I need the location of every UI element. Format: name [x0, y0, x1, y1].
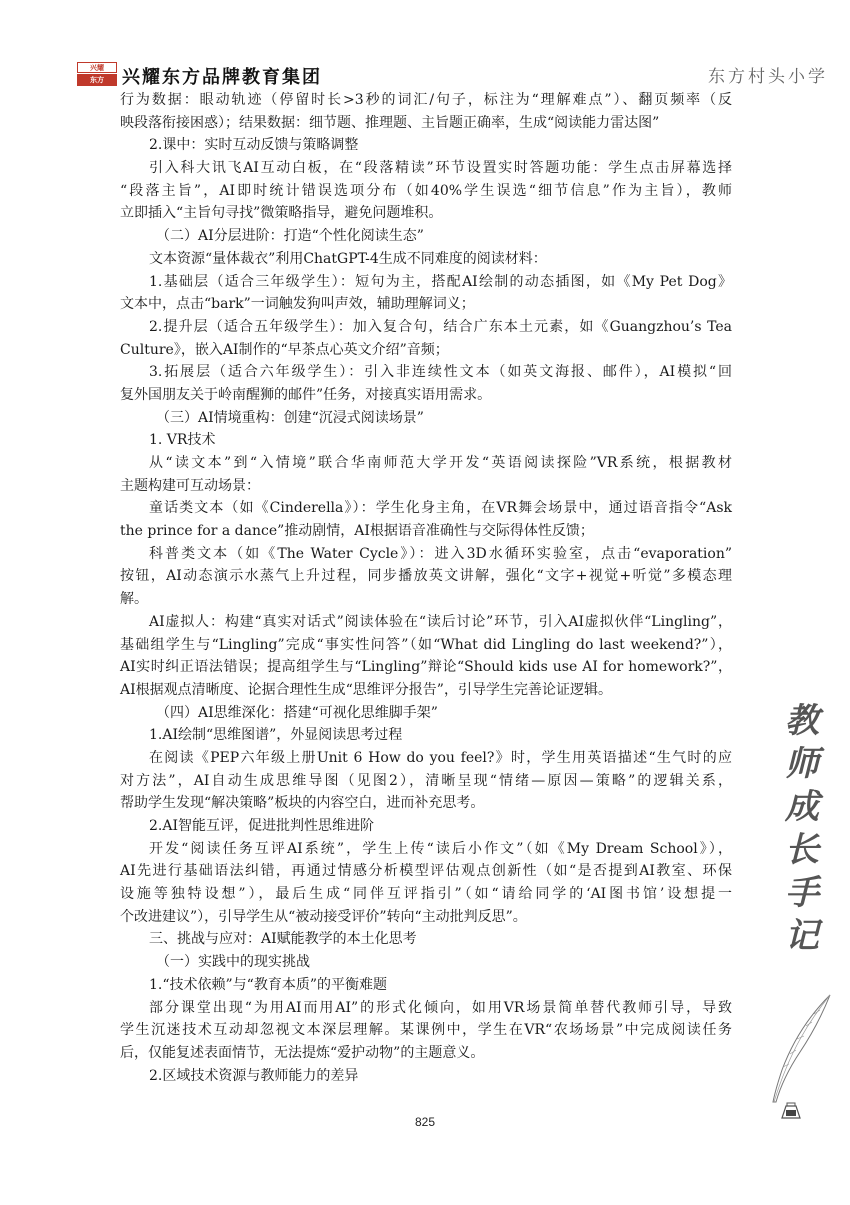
body-line: 2.AI智能互评，促进批判性思维进阶	[120, 815, 732, 838]
body-line: “段落主旨”，AI即时统计错误选项分布（如40%学生误选“细节信息”作为主旨），…	[120, 180, 732, 203]
body-line: 2.课中：实时互动反馈与策略调整	[120, 134, 732, 157]
body-line: Culture》，嵌入AI制作的“早茶点心英文介绍”音频；	[120, 339, 732, 362]
body-line: 学生沉迷技术互动却忽视文本深层理解。某课例中，学生在VR“农场场景”中完成阅读任…	[120, 1019, 732, 1042]
body-line: AI根据观点清晰度、论据合理性生成“思维评分报告”，引导学生完善论证逻辑。	[120, 679, 732, 702]
body-line: 从“读文本”到“入情境”联合华南师范大学开发“英语阅读探险”VR系统，根据教材	[120, 452, 732, 475]
body-line: 映段落衔接困惑）；结果数据：细节题、推理题、主旨题正确率，生成“阅读能力雷达图”	[120, 112, 732, 135]
body-line: 设施等独特设想”），最后生成“同伴互评指引”（如“请给同学的‘AI图书馆’设想提…	[120, 883, 732, 906]
calligraphy-char: 记	[772, 915, 832, 958]
body-line: 对方法”，AI自动生成思维导图（见图2），清晰呈现“情绪—原因—策略”的逻辑关系…	[120, 770, 732, 793]
article-body: 行为数据：眼动轨迹（停留时长>3秒的词汇/句子，标注为“理解难点”）、翻页频率（…	[120, 89, 732, 1087]
body-line: 文本中，点击“bark”一词触发狗叫声效，辅助理解词义；	[120, 293, 732, 316]
calligraphy-char: 长	[772, 829, 832, 872]
calligraphy-char: 成	[772, 786, 832, 829]
body-line: 2.区域技术资源与教师能力的差异	[120, 1065, 732, 1088]
body-line: 1.AI绘制“思维图谱”，外显阅读思考过程	[120, 724, 732, 747]
body-line: 三、挑战与应对：AI赋能教学的本土化思考	[120, 928, 732, 951]
body-line: 复外国朋友关于岭南醒狮的邮件”任务，对接真实语用需求。	[120, 384, 732, 407]
body-line: 2.提升层（适合五年级学生）：加入复合句，结合广东本土元素，如《Guangzho…	[120, 316, 732, 339]
body-line: （二）AI分层进阶：打造“个性化阅读生态”	[120, 225, 732, 248]
body-line: 基础组学生与“Lingling”完成“事实性问答”（如“What did Lin…	[120, 634, 732, 657]
body-line: （一）实践中的现实挑战	[120, 951, 732, 974]
page-header: 兴耀 东方 兴耀东方品牌教育集团 东方村头小学	[0, 0, 850, 90]
quill-and-inkwell-icon	[760, 990, 840, 1120]
body-line: AI实时纠正语法错误；提高组学生与“Lingling”辩论“Should kid…	[120, 656, 732, 679]
body-line: AI先进行基础语法纠错，再通过情感分析模型评估观点创新性（如“是否提到AI教室、…	[120, 860, 732, 883]
calligraphy-char: 手	[772, 872, 832, 915]
body-line: 童话类文本（如《Cinderella》）：学生化身主角，在VR舞会场景中，通过语…	[120, 497, 732, 520]
body-line: 文本资源“量体裁衣”利用ChatGPT-4生成不同难度的阅读材料：	[120, 248, 732, 271]
calligraphy-char: 师	[772, 743, 832, 786]
body-line: 立即插入“主旨句寻找”微策略指导，避免问题堆积。	[120, 202, 732, 225]
body-line: AI虚拟人：构建“真实对话式”阅读体验在“读后讨论”环节，引入AI虚拟伙伴“Li…	[120, 611, 732, 634]
body-line: 帮助学生发现“解决策略”板块的内容空白，进而补充思考。	[120, 792, 732, 815]
org-name: 兴耀东方品牌教育集团	[122, 63, 322, 89]
body-line: 行为数据：眼动轨迹（停留时长>3秒的词汇/句子，标注为“理解难点”）、翻页频率（…	[120, 89, 732, 112]
body-line: 1. VR技术	[120, 429, 732, 452]
group-logo: 兴耀 东方	[77, 62, 117, 86]
body-line: 3.拓展层（适合六年级学生）：引入非连续性文本（如英文海报、邮件），AI模拟“回	[120, 361, 732, 384]
body-line: 开发“阅读任务互评AI系统”，学生上传“读后小作文”（如《My Dream Sc…	[120, 838, 732, 861]
body-line: 部分课堂出现“为用AI而用AI”的形式化倾向，如用VR场景简单替代教师引导，导致	[120, 997, 732, 1020]
body-line: 后，仅能复述表面情节，无法提炼“爱护动物”的主题意义。	[120, 1042, 732, 1065]
body-line: the prince for a dance”推动剧情，AI根据语音准确性与交际…	[120, 520, 732, 543]
body-line: （三）AI情境重构：创建“沉浸式阅读场景”	[120, 407, 732, 430]
body-line: 科普类文本（如《The Water Cycle》）：进入3D水循环实验室，点击“…	[120, 543, 732, 566]
body-line: 主题构建可互动场景：	[120, 475, 732, 498]
logo-top: 兴耀	[77, 62, 117, 73]
body-line: 1.“技术依赖”与“教育本质”的平衡难题	[120, 974, 732, 997]
body-line: 在阅读《PEP六年级上册Unit 6 How do you feel?》时，学生…	[120, 747, 732, 770]
body-line: 1.基础层（适合三年级学生）：短句为主，搭配AI绘制的动态插图，如《My Pet…	[120, 271, 732, 294]
body-line: 引入科大讯飞AI互动白板，在“段落精读”环节设置实时答题功能：学生点击屏幕选择	[120, 157, 732, 180]
logo-bottom: 东方	[77, 74, 117, 86]
body-line: 解。	[120, 588, 732, 611]
page-number: 825	[0, 1115, 850, 1129]
sidebar-calligraphy: 教师成长手记	[772, 700, 832, 958]
calligraphy-char: 教	[772, 700, 832, 743]
school-name: 东方村头小学	[708, 62, 828, 87]
body-line: 个改进建议”），引导学生从“被动接受评价”转向“主动批判反思”。	[120, 906, 732, 929]
body-line: （四）AI思维深化：搭建“可视化思维脚手架”	[120, 702, 732, 725]
body-line: 按钮，AI动态演示水蒸气上升过程，同步播放英文讲解，强化“文字+视觉+听觉”多模…	[120, 565, 732, 588]
